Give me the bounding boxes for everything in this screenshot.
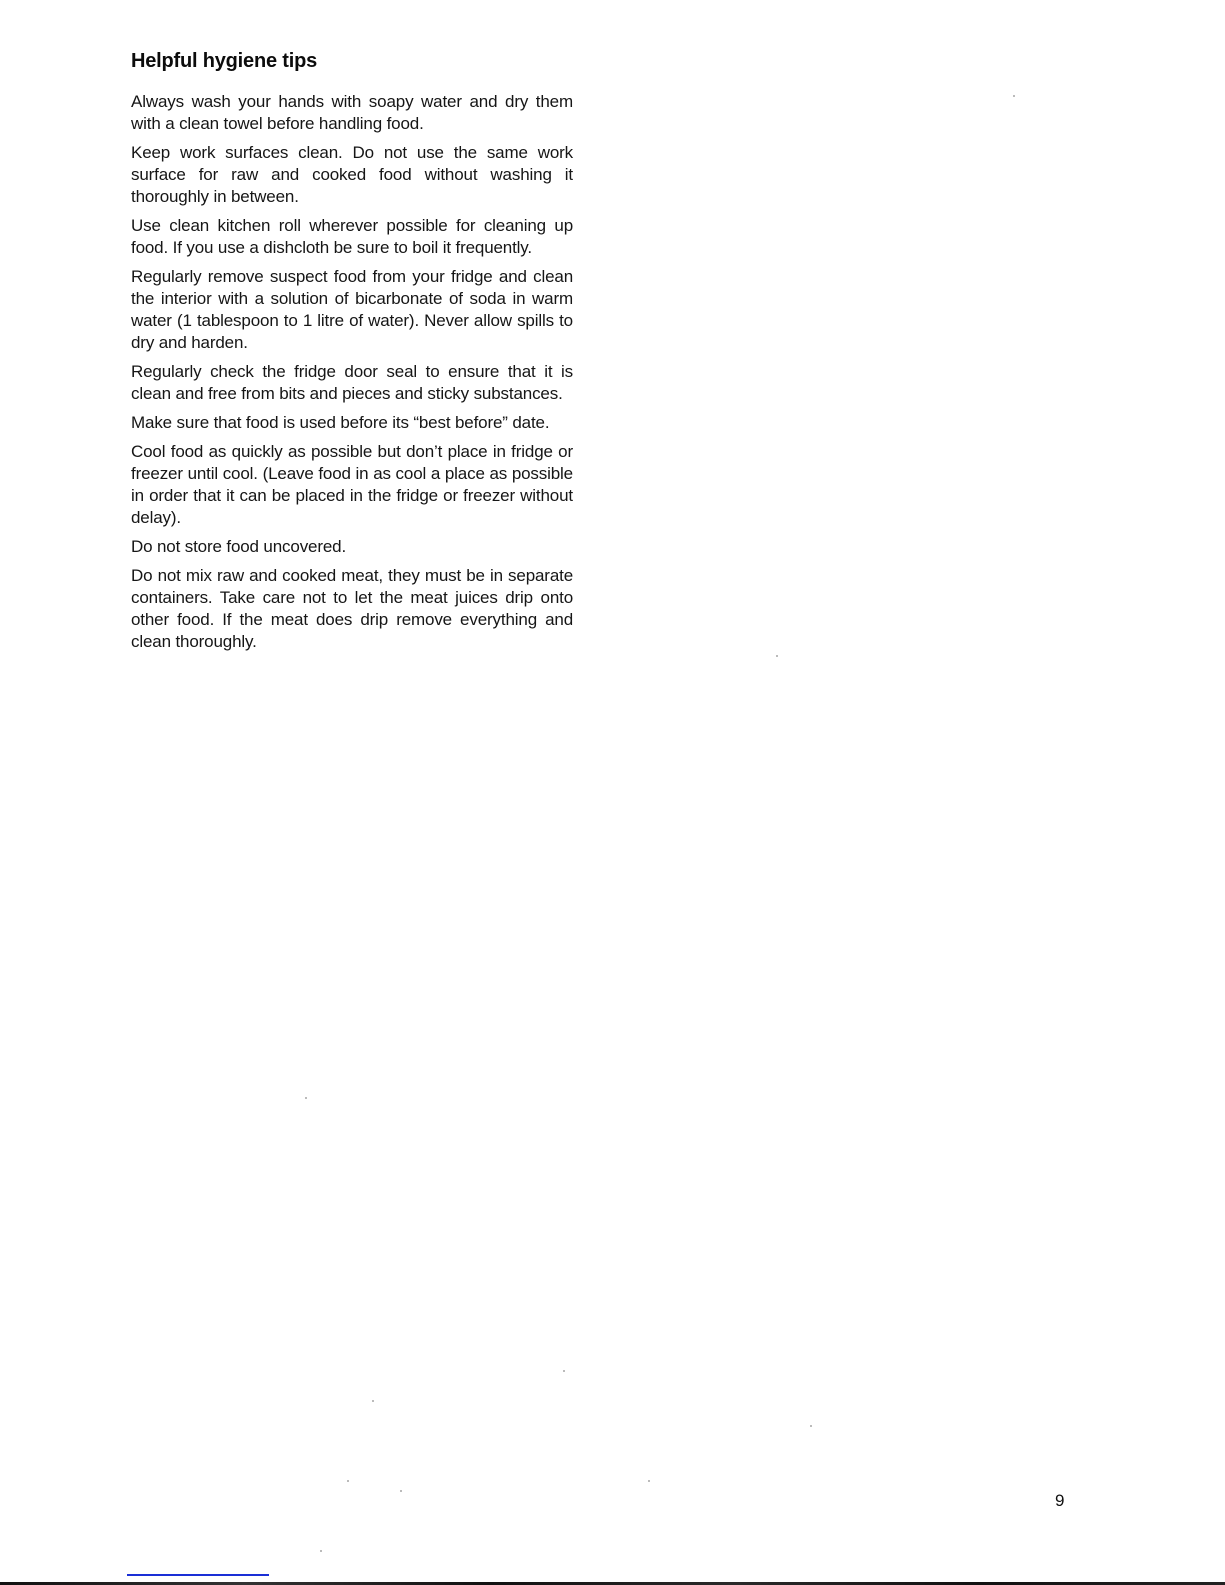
document-page: Helpful hygiene tips Always wash your ha… (0, 0, 1225, 1585)
paragraph-raw-cooked-meat: Do not mix raw and cooked meat, they mus… (131, 565, 573, 653)
text-column: Helpful hygiene tips Always wash your ha… (131, 48, 573, 660)
paragraph-hand-washing: Always wash your hands with soapy water … (131, 91, 573, 135)
scan-speck (648, 1480, 650, 1482)
link-underline (127, 1574, 269, 1576)
paragraph-cool-food: Cool food as quickly as possible but don… (131, 441, 573, 529)
page-number: 9 (1055, 1490, 1064, 1512)
scan-speck (400, 1490, 402, 1492)
paragraph-store-covered: Do not store food uncovered. (131, 536, 573, 558)
scan-speck (776, 655, 778, 657)
paragraph-work-surfaces: Keep work surfaces clean. Do not use the… (131, 142, 573, 208)
scan-speck (810, 1425, 812, 1427)
scan-speck (372, 1400, 374, 1402)
scan-speck (347, 1480, 349, 1482)
paragraph-kitchen-roll: Use clean kitchen roll wherever possible… (131, 215, 573, 259)
scan-speck (1013, 95, 1015, 97)
scan-speck (320, 1550, 322, 1552)
scan-speck (305, 1097, 307, 1099)
paragraph-best-before: Make sure that food is used before its “… (131, 412, 573, 434)
scan-speck (563, 1370, 565, 1372)
section-heading: Helpful hygiene tips (131, 48, 573, 74)
paragraph-door-seal: Regularly check the fridge door seal to … (131, 361, 573, 405)
paragraph-remove-suspect-food: Regularly remove suspect food from your … (131, 266, 573, 354)
